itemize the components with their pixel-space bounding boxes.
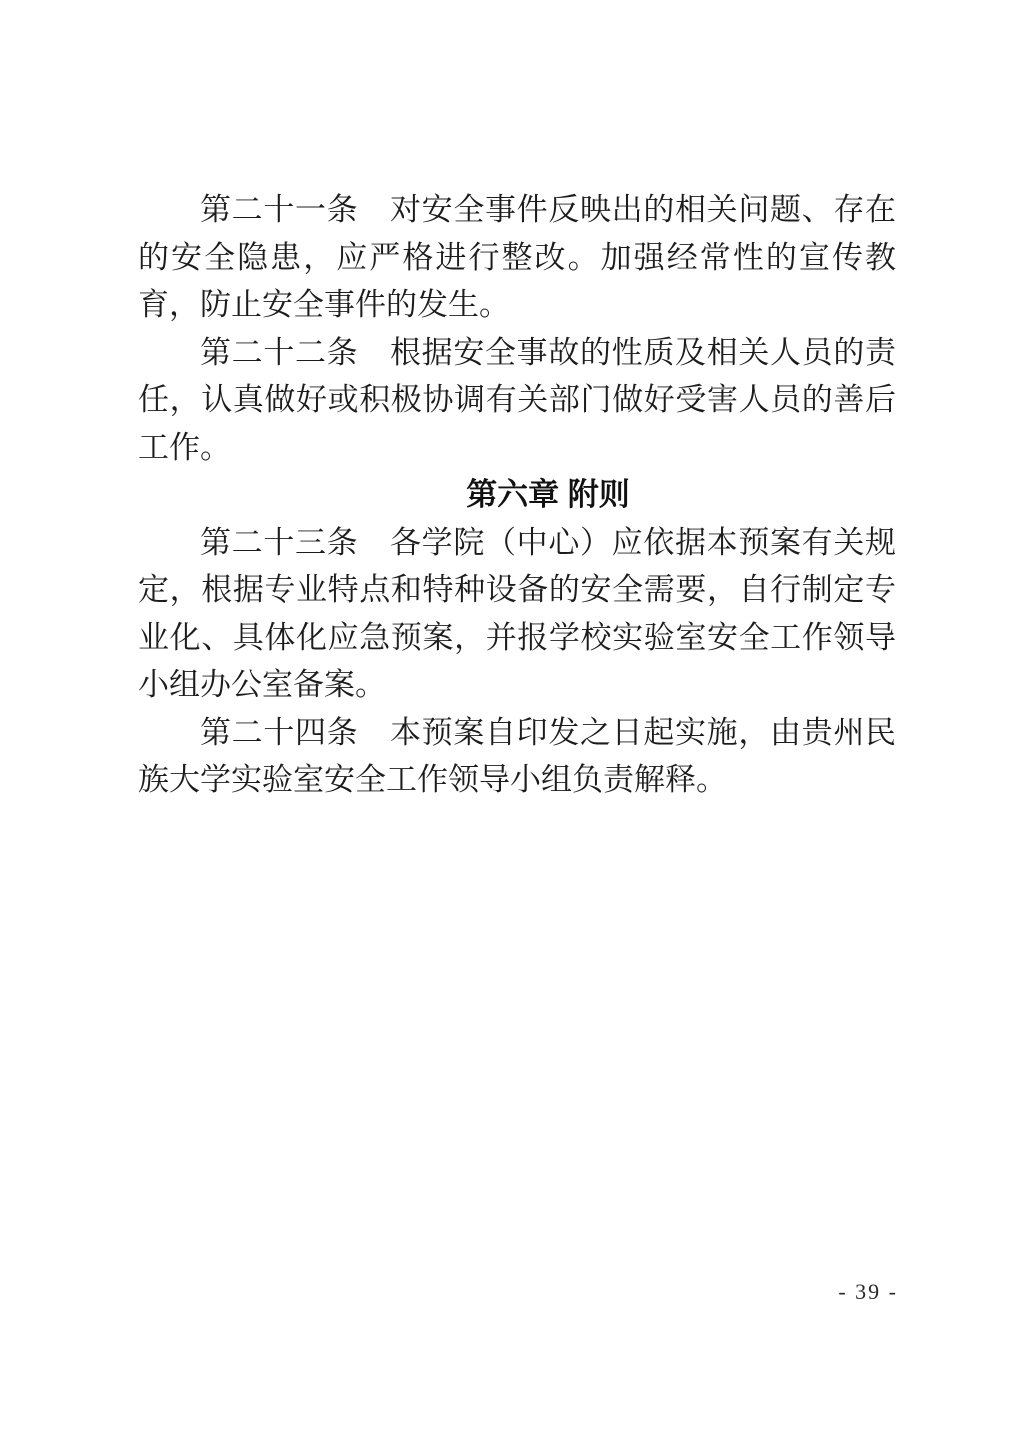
document-body: 第二十一条 对安全事件反映出的相关问题、存在的安全隐患，应严格进行整改。加强经常… <box>138 186 896 804</box>
article-22-paragraph: 第二十二条 根据安全事故的性质及相关人员的责任，认真做好或积极协调有关部门做好受… <box>138 329 896 472</box>
page-number: - 39 - <box>838 1278 898 1306</box>
article-21-paragraph: 第二十一条 对安全事件反映出的相关问题、存在的安全隐患，应严格进行整改。加强经常… <box>138 186 896 329</box>
article-24-paragraph: 第二十四条 本预案自印发之日起实施，由贵州民族大学实验室安全工作领导小组负责解释… <box>138 709 896 804</box>
document-page: 第二十一条 对安全事件反映出的相关问题、存在的安全隐患，应严格进行整改。加强经常… <box>0 0 1024 1448</box>
chapter-6-heading: 第六章 附则 <box>138 471 896 519</box>
article-23-paragraph: 第二十三条 各学院（中心）应依据本预案有关规定，根据专业特点和特种设备的安全需要… <box>138 519 896 709</box>
